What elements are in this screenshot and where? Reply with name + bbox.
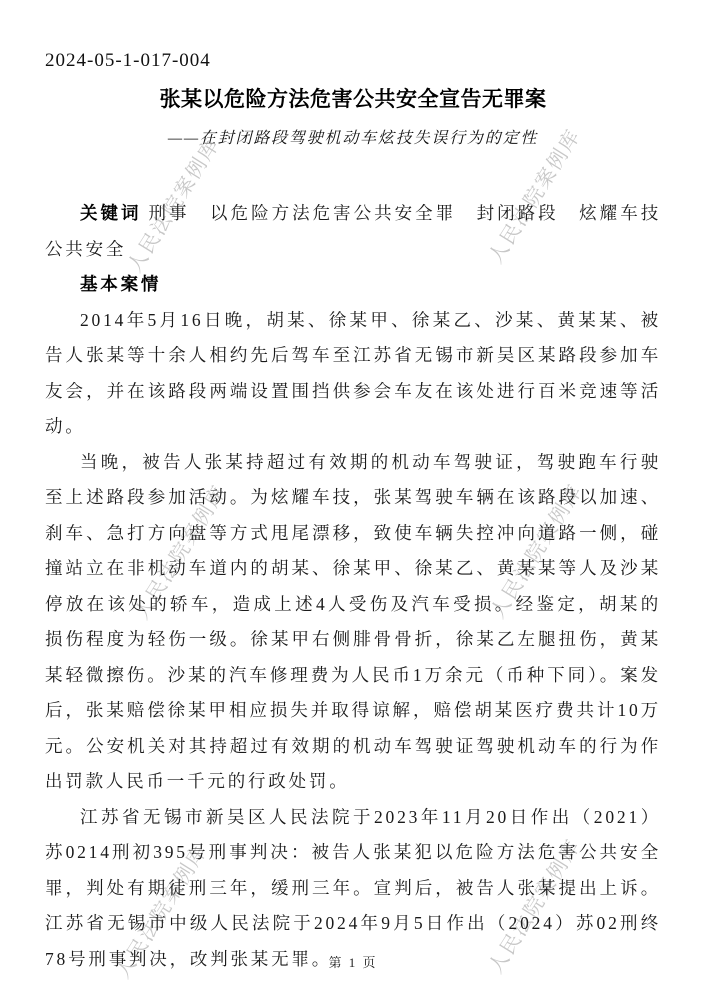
page-footer: 第 1 页 — [0, 952, 706, 971]
document-body: 关键词刑事 以危险方法危害公共安全罪 封闭路段 炫耀车技 公共安全 基本案情 2… — [45, 196, 661, 977]
paragraph-judgment: 江苏省无锡市新吴区人民法院于2023年11月20日作出（2021）苏0214刑初… — [45, 800, 661, 978]
document-page: 人民法院案例库 人民法院案例库 人民法院案例库 人民法院案例库 人民法院案例库 … — [0, 0, 706, 999]
section-heading-basic-facts: 基本案情 — [45, 267, 661, 303]
keywords-line: 关键词刑事 以危险方法危害公共安全罪 封闭路段 炫耀车技 公共安全 — [45, 196, 661, 267]
paragraph-facts-1: 2014年5月16日晚，胡某、徐某甲、徐某乙、沙某、黄某某、被告人张某等十余人相… — [45, 303, 661, 445]
keywords-label: 关键词 — [80, 203, 142, 223]
paragraph-facts-2: 当晚，被告人张某持超过有效期的机动车驾驶证，驾驶跑车行驶至上述路段参加活动。为炫… — [45, 445, 661, 800]
case-title: 张某以危险方法危害公共安全宣告无罪案 — [45, 83, 661, 113]
case-number: 2024-05-1-017-004 — [45, 50, 211, 72]
page-number: 第 1 页 — [328, 955, 377, 970]
case-subtitle: ——在封闭路段驾驶机动车炫技失误行为的定性 — [45, 125, 661, 148]
